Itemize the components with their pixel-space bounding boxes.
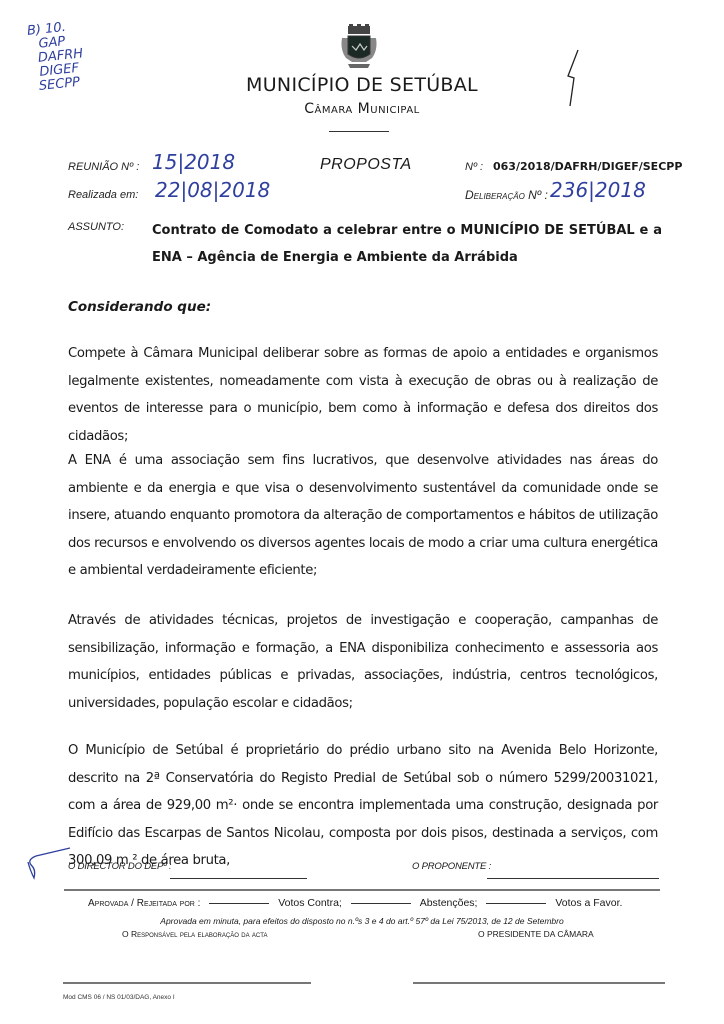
deliberacao-label: Deliberação Nº : [465, 188, 548, 202]
director-label: O DIRECTOR DO DEPº : [68, 861, 171, 872]
municipal-coat-of-arms-icon [338, 24, 380, 70]
abstencoes-field[interactable] [486, 903, 546, 904]
title-divider [329, 131, 389, 132]
vote-summary: Aprovada / Rejeitada por : Votos Contra;… [88, 897, 622, 909]
responsavel-label: O Responsável pela elaboração da acta [122, 929, 268, 939]
abstencoes-label: Abstenções; [420, 897, 478, 909]
presidente-signature-line [413, 982, 665, 984]
assunto-label: ASSUNTO: [68, 221, 124, 233]
proposal-number: 063/2018/DAFRH/DIGEF/SECPP [493, 160, 682, 173]
paragraph-competence: Compete à Câmara Municipal deliberar sob… [68, 340, 658, 450]
votes-contra-field[interactable] [351, 903, 411, 904]
proponente-signature-line [487, 878, 659, 879]
handwritten-initials [22, 846, 72, 880]
deliberacao-value: 236|2018 [550, 180, 646, 200]
votes-approved-field[interactable] [209, 903, 269, 904]
assunto-value: Contrato de Comodato a celebrar entre o … [152, 217, 662, 271]
votes-favor-label: Votos a Favor. [555, 897, 622, 909]
handwritten-mark [558, 48, 588, 108]
realizada-date: 22|08|2018 [155, 180, 270, 200]
presidente-label: O PRESIDENTE DA CÂMARA [478, 929, 594, 939]
responsavel-signature-line [63, 982, 311, 984]
reuniao-value: 15|2018 [152, 152, 235, 172]
chamber-subtitle: Câmara Municipal [0, 101, 724, 117]
proposta-label: PROPOSTA [320, 156, 412, 174]
paragraph-property: O Município de Setúbal é proprietário do… [68, 737, 658, 875]
reuniao-label: REUNIÃO Nº : [68, 161, 139, 173]
form-code: Mod CMS 06 / NS 01/03/DAG, Anexo I [63, 994, 175, 1001]
municipality-title: MUNICÍPIO DE SETÚBAL [0, 74, 724, 96]
realizada-label: Realizada em: [68, 189, 138, 201]
considering-heading: Considerando que: [68, 299, 211, 315]
votes-contra-label: Votos Contra; [278, 897, 342, 909]
paragraph-ena-activities: Através de atividades técnicas, projetos… [68, 607, 658, 717]
approved-label: Aprovada / Rejeitada por : [88, 898, 200, 909]
section-divider [64, 889, 660, 891]
numero-label: Nº : [465, 161, 483, 173]
proponente-label: O PROPONENTE : [412, 861, 491, 872]
paragraph-ena-description: A ENA é uma associação sem fins lucrativ… [68, 447, 658, 585]
director-signature-line [170, 878, 307, 879]
minute-approval-note: Aprovada em minuta, para efeitos do disp… [0, 916, 724, 926]
